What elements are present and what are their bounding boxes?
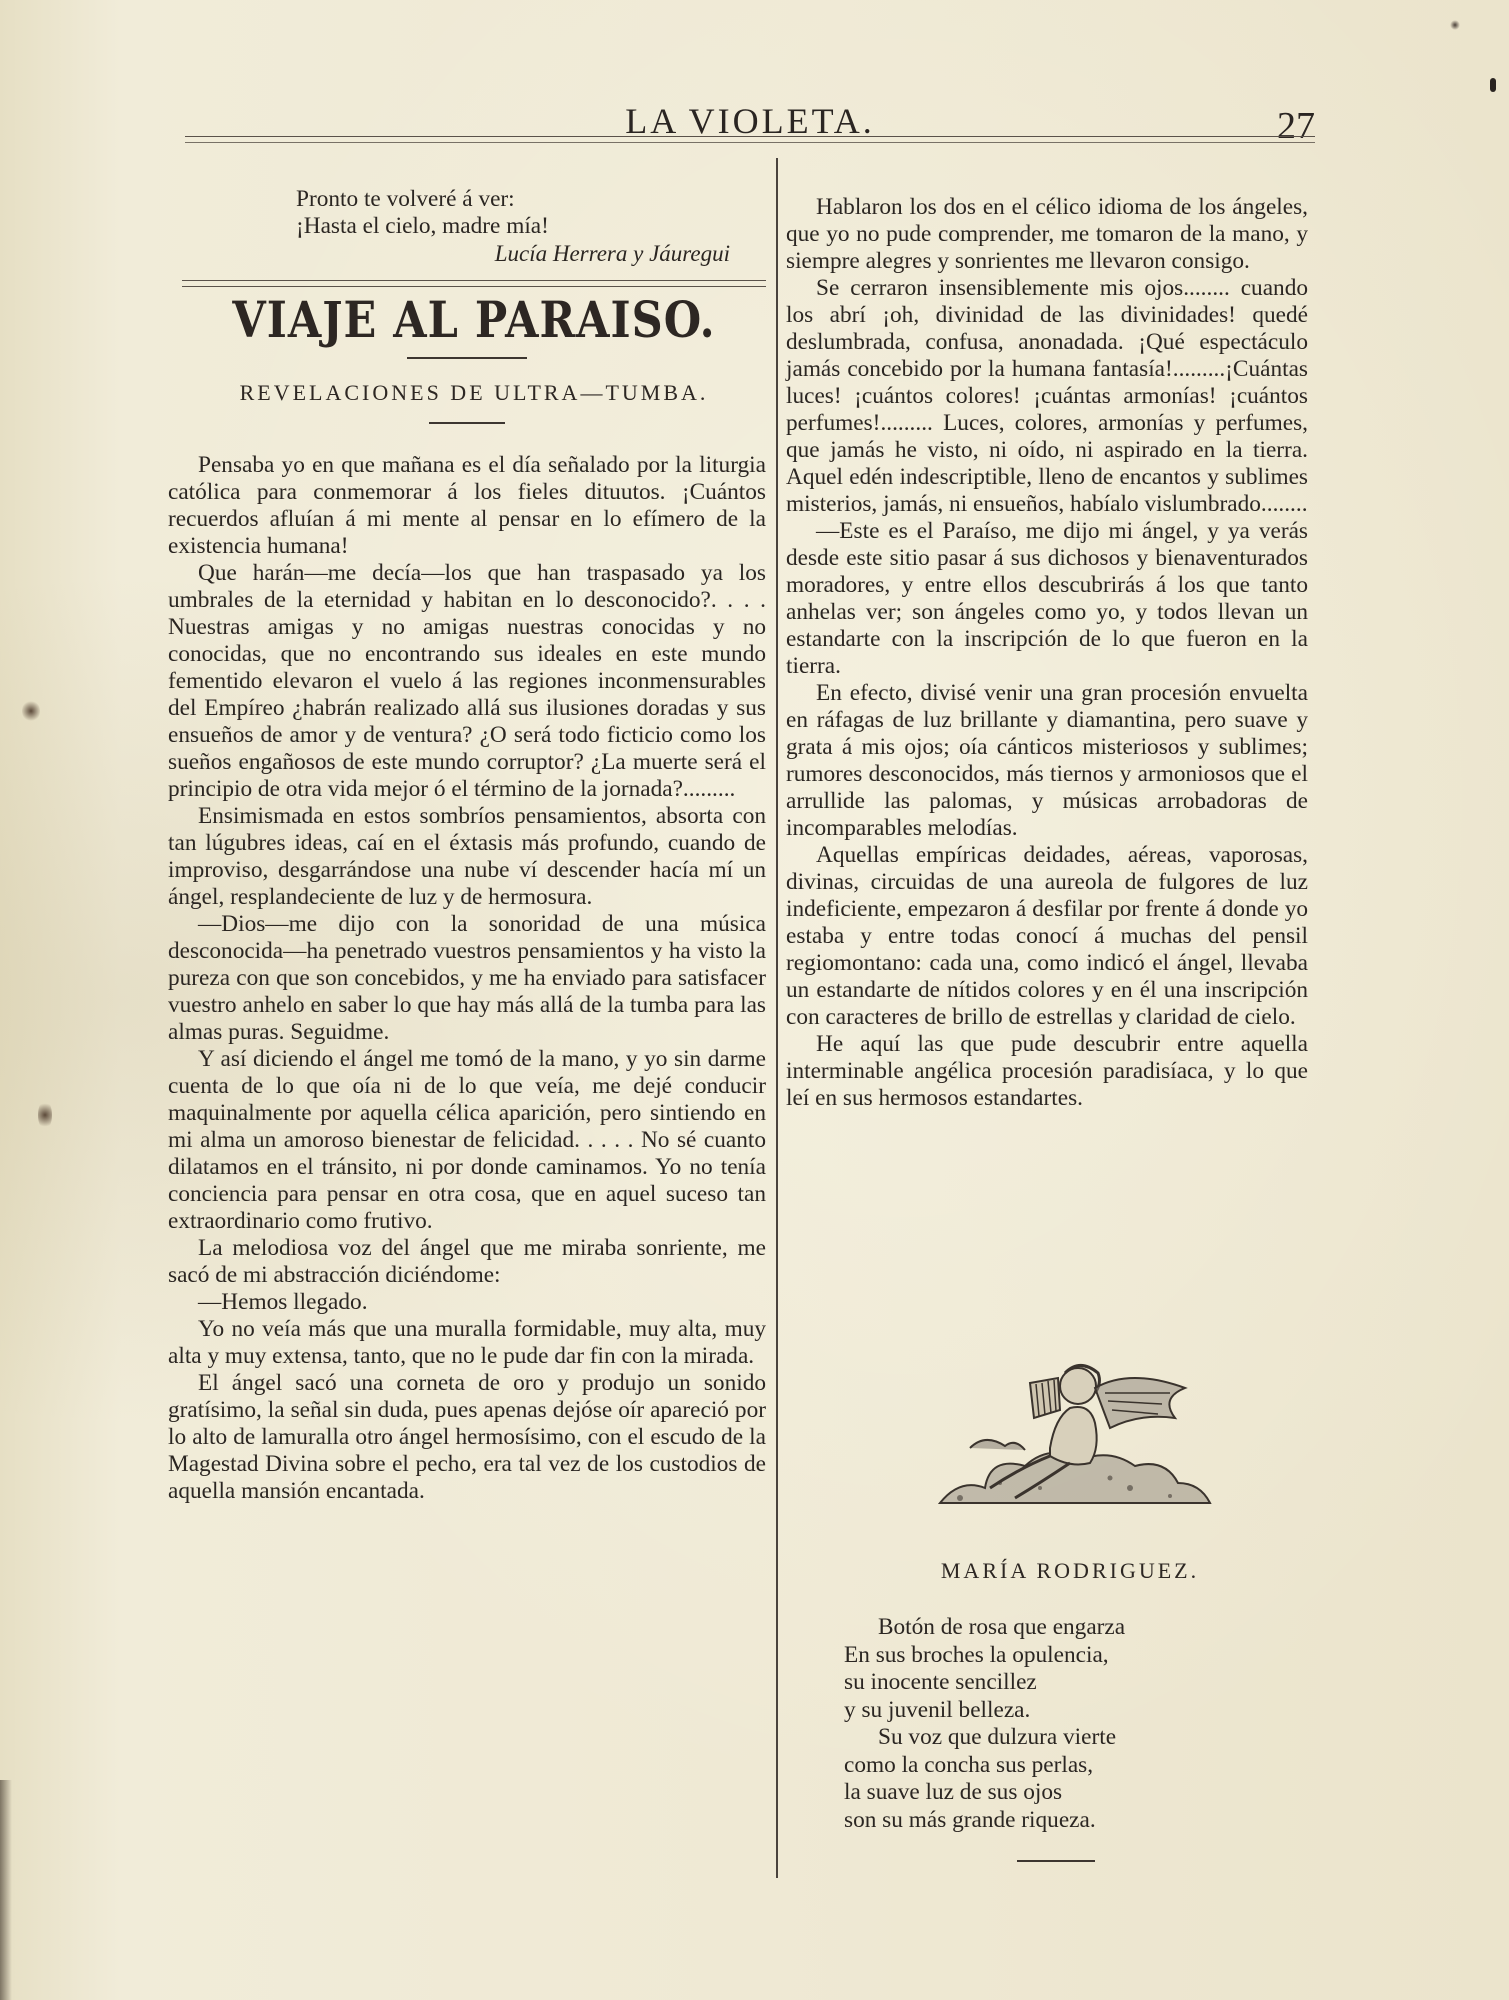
verse-line: ¡Hasta el cielo, madre mía! <box>296 213 766 240</box>
cherub-illustration <box>930 1338 1230 1518</box>
paper-stain <box>1490 78 1496 92</box>
paragraph: —Este es el Paraíso, me dijo mi ángel, y… <box>786 518 1308 680</box>
poem-line: Su voz que dulzura vierte <box>844 1724 1264 1752</box>
verse-line: Pronto te volveré á ver: <box>296 186 766 213</box>
paragraph: En efecto, divisé venir una gran procesi… <box>786 680 1308 842</box>
subtitle-rule <box>429 422 505 424</box>
paragraph: Hablaron los dos en el célico idioma de … <box>786 194 1308 275</box>
paragraph: La melodiosa voz del ángel que me miraba… <box>168 1235 766 1289</box>
poem-line: y su juvenil belleza. <box>844 1697 1264 1725</box>
page-edge-shadow <box>0 1780 12 2000</box>
poem-line: su inocente sencillez <box>844 1669 1264 1697</box>
poem-line: En sus broches la opulencia, <box>844 1642 1264 1670</box>
paragraph: El ángel sacó una corneta de oro y produ… <box>168 1370 766 1505</box>
paragraph: Se cerraron insensiblemente mis ojos....… <box>786 275 1308 518</box>
rule-line <box>182 280 766 281</box>
article-body-left: Pensaba yo en que mañana es el día señal… <box>168 452 766 1505</box>
poem-line: como la concha sus perlas, <box>844 1752 1264 1780</box>
article-title: VIAJE AL PARAISO. <box>182 306 766 337</box>
right-column: Hablaron los dos en el célico idioma de … <box>786 194 1308 1112</box>
paragraph: He aquí las que pude descubrir entre aqu… <box>786 1031 1308 1112</box>
paragraph: Aquellas empíricas deidades, aéreas, vap… <box>786 842 1308 1031</box>
paragraph: —Dios—me dijo con la sonoridad de una mú… <box>168 911 766 1046</box>
poem-line: son su más grande riqueza. <box>844 1807 1264 1835</box>
previous-poem-ending: Pronto te volveré á ver: ¡Hasta el cielo… <box>296 186 766 240</box>
rule-line <box>185 136 1315 137</box>
cherub-panpipes-icon <box>930 1338 1230 1518</box>
column-divider <box>776 158 778 1878</box>
paragraph: Y así diciendo el ángel me tomó de la ma… <box>168 1046 766 1235</box>
paper-stain <box>1450 20 1460 30</box>
paragraph: —Hemos llegado. <box>168 1289 766 1316</box>
poem-line: Botón de rosa que engarza <box>844 1614 1264 1642</box>
left-column: Pronto te volveré á ver: ¡Hasta el cielo… <box>168 186 766 1505</box>
poem-title: MARÍA RODRIGUEZ. <box>880 1558 1260 1584</box>
poem-end-rule <box>1017 1860 1095 1862</box>
running-head: LA VIOLETA. 27 <box>185 100 1315 148</box>
author-signature: Lucía Herrera y Jáuregui <box>168 240 730 268</box>
paragraph: Pensaba yo en que mañana es el día señal… <box>168 452 766 560</box>
magazine-page: LA VIOLETA. 27 Pronto te volveré á ver: … <box>0 0 1509 2000</box>
binding-hole <box>38 1100 52 1130</box>
binding-hole <box>22 700 40 722</box>
rule-line <box>182 286 766 287</box>
section-double-rule <box>182 278 766 290</box>
rule-line <box>185 142 1315 143</box>
poem-body: Botón de rosa que engarza En sus broches… <box>844 1614 1264 1834</box>
paragraph: Que harán—me decía—los que han traspasad… <box>168 560 766 803</box>
paragraph: Ensimismada en estos sombríos pensamient… <box>168 803 766 911</box>
poem-line: la suave luz de sus ojos <box>844 1779 1264 1807</box>
article-subtitle: REVELACIONES DE ULTRA—TUMBA. <box>182 379 766 406</box>
paragraph: Yo no veía más que una muralla formidabl… <box>168 1316 766 1370</box>
title-rule <box>407 357 527 359</box>
